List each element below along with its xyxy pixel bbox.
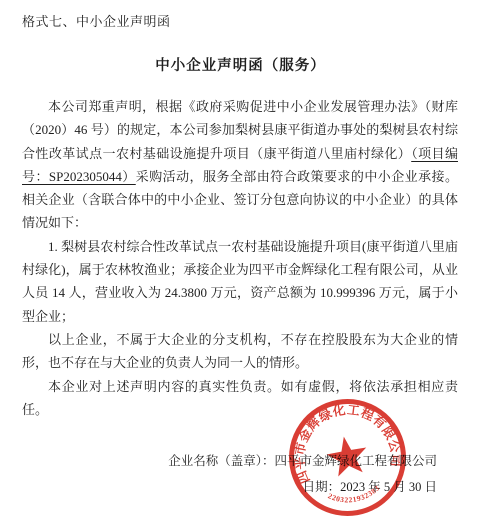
company-signature-line: 企业名称（盖章）：四平市金辉绿化工程有限公司 [168, 451, 437, 469]
company-name: 四平市金辉绿化工程有限公司 [274, 454, 437, 468]
document-body: 本公司郑重声明，根据《政府采购促进中小企业发展管理办法》（财库（2020）46 … [22, 95, 458, 421]
document-page: 格式七、中小企业声明函 中小企业声明函（服务） 本公司郑重声明，根据《政府采购促… [0, 0, 481, 525]
not-large-enterprise-paragraph: 以上企业，不属于大企业的分支机构，不存在控股股东为大企业的情形，也不存在与大企业… [22, 328, 458, 375]
date-line: 日期：2023 年 5 月 30 日 [303, 477, 437, 495]
company-seal-label: 企业名称（盖章）： [168, 454, 274, 468]
responsibility-paragraph: 本企业对上述声明内容的真实性负责。如有虚假，将依法承担相应责任。 [22, 375, 458, 422]
enterprise-item-1: 1. 梨树县农村综合性改革试点一农村基础设施提升项目(康平街道八里庙村绿化)，属… [22, 235, 458, 328]
document-title: 中小企业声明函（服务） [0, 54, 481, 75]
format-label: 格式七、中小企业声明函 [22, 11, 171, 30]
declaration-lead-text: 本公司郑重声明，根据《政府采购促进中小企业发展管理办法》（财库（2020）46 … [22, 99, 458, 161]
declaration-paragraph: 本公司郑重声明，根据《政府采购促进中小企业发展管理办法》（财库（2020）46 … [22, 95, 458, 235]
